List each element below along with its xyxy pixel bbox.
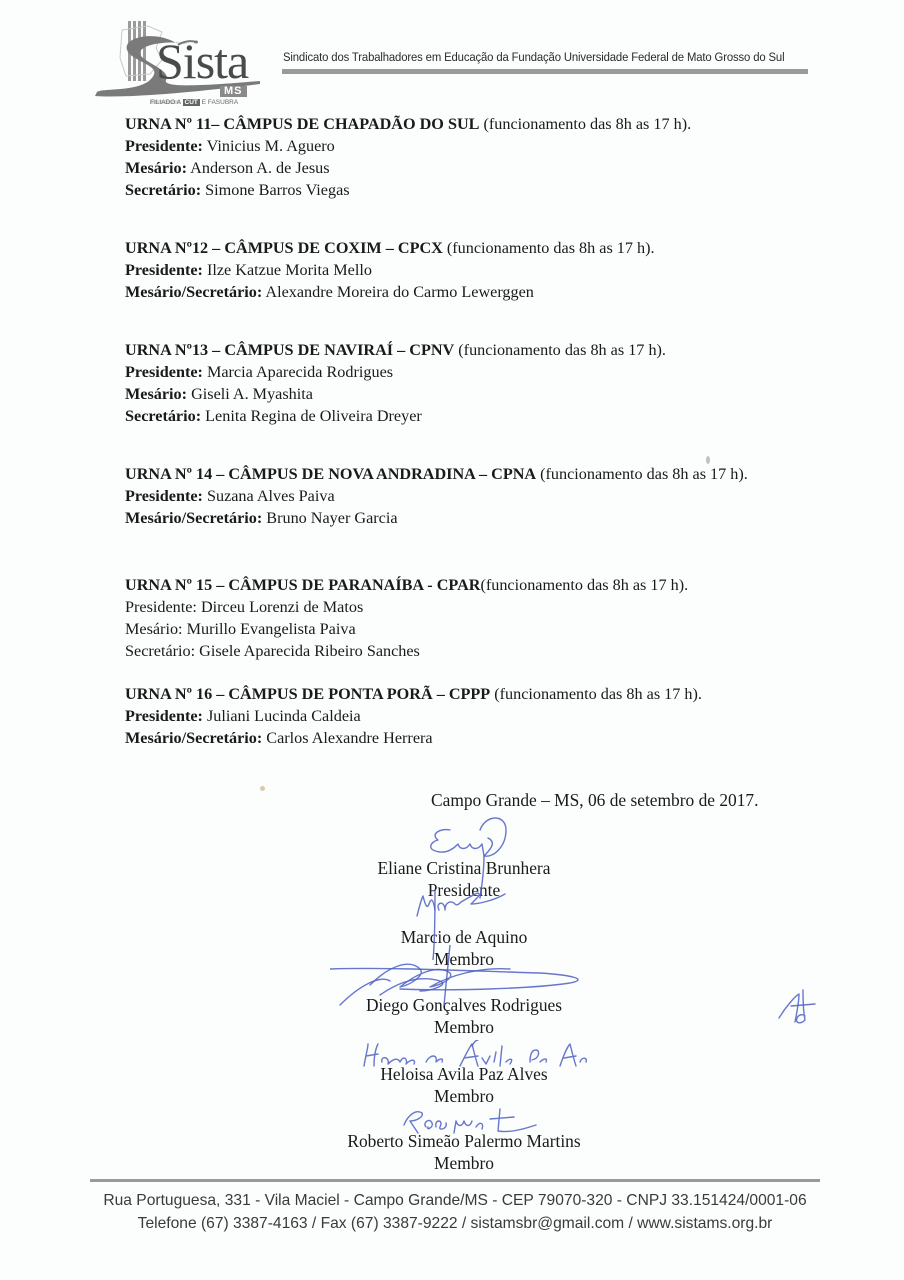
role-name: Giseli A. Myashita [187, 385, 313, 403]
role-name: Alexandre Moreira do Carmo Lewerggen [262, 283, 534, 301]
role-name: Gisele Aparecida Ribeiro Sanches [195, 642, 420, 660]
urna-section: URNA Nº12 – CÂMPUS DE COXIM – CPCX (func… [125, 237, 815, 303]
urna-title-bold: URNA Nº 16 – CÂMPUS DE PONTA PORÃ – CPPP [125, 685, 490, 703]
urna-section: URNA Nº 14 – CÂMPUS DE NOVA ANDRADINA – … [125, 463, 815, 529]
signatory-name: Marcio de Aquino [386, 926, 542, 948]
role-name: Marcia Aparecida Rodrigues [203, 363, 393, 381]
role-label: Presidente: [125, 598, 197, 616]
role-name: Vinicius M. Aguero [203, 137, 335, 155]
role-name: Carlos Alexandre Herrera [262, 729, 432, 747]
urna-hours: (funcionamento das 8h as 17 h). [536, 465, 748, 483]
urna-section: URNA Nº 16 – CÂMPUS DE PONTA PORÃ – CPPP… [125, 683, 815, 749]
signatory-president: Eliane Cristina Brunhera Presidente [366, 857, 562, 901]
urna-hours: (funcionamento das 8h as 17 h). [480, 576, 688, 594]
role-line: Presidente: Vinicius M. Aguero [125, 135, 815, 157]
sista-ms-logo: Sista MS FILIADO A CUT E FASUBRA [92, 18, 270, 110]
urna-title: URNA Nº 16 – CÂMPUS DE PONTA PORÃ – CPPP… [125, 683, 815, 705]
logo-subtitle: MS [220, 86, 247, 97]
role-name: Murillo Evangelista Paiva [183, 620, 356, 638]
role-label: Presidente: [125, 363, 203, 381]
role-line: Presidente: Juliani Lucinda Caldeia [125, 705, 815, 727]
signatory-member: Marcio de Aquino Membro [386, 926, 542, 970]
role-name: Simone Barros Viegas [201, 181, 349, 199]
role-label: Presidente: [125, 487, 203, 505]
role-line: Secretário: Simone Barros Viegas [125, 179, 815, 201]
logo-affiliation: FILIADO A CUT E FASUBRA [150, 99, 238, 106]
role-line: Secretário: Lenita Regina de Oliveira Dr… [125, 405, 815, 427]
urna-title: URNA Nº13 – CÂMPUS DE NAVIRAÍ – CPNV (fu… [125, 339, 815, 361]
role-label: Mesário/Secretário: [125, 509, 262, 527]
signatory-role: Presidente [366, 879, 562, 901]
urna-section: URNA Nº 11– CÂMPUS DE CHAPADÃO DO SUL (f… [125, 113, 815, 201]
urna-title: URNA Nº 14 – CÂMPUS DE NOVA ANDRADINA – … [125, 463, 815, 485]
urna-section: URNA Nº 15 – CÂMPUS DE PARANAÍBA - CPAR(… [125, 574, 815, 662]
role-line: Mesário/Secretário: Alexandre Moreira do… [125, 281, 815, 303]
signatory-role: Membro [386, 948, 542, 970]
signatory-role: Membro [330, 1152, 598, 1174]
role-line: Mesário/Secretário: Bruno Nayer Garcia [125, 507, 815, 529]
signatory-member: Diego Gonçalves Rodrigues Membro [352, 994, 576, 1038]
role-line: Presidente: Ilze Katzue Morita Mello [125, 259, 815, 281]
organization-name: Sindicato dos Trabalhadores em Educação … [283, 50, 784, 64]
logo-wordmark: Sista [156, 36, 248, 86]
place-and-date: Campo Grande – MS, 06 de setembro de 201… [431, 790, 758, 811]
role-label: Secretário: [125, 642, 195, 660]
affiliation-prefix: FILIADO A [150, 99, 181, 106]
role-line: Presidente: Marcia Aparecida Rodrigues [125, 361, 815, 383]
signatory-role: Membro [352, 1016, 576, 1038]
role-label: Mesário/Secretário: [125, 729, 262, 747]
role-name: Lenita Regina de Oliveira Dreyer [201, 407, 422, 425]
affiliation-cut: CUT [183, 99, 200, 106]
urna-title: URNA Nº 11– CÂMPUS DE CHAPADÃO DO SUL (f… [125, 113, 815, 135]
urna-hours: (funcionamento das 8h as 17 h). [443, 239, 655, 257]
signatory-member: Heloisa Avila Paz Alves Membro [364, 1063, 564, 1107]
role-label: Presidente: [125, 261, 203, 279]
role-line: Presidente: Dirceu Lorenzi de Matos [125, 596, 815, 618]
header-divider [282, 69, 808, 74]
role-label: Presidente: [125, 707, 203, 725]
role-label: Secretário: [125, 407, 201, 425]
role-name: Ilze Katzue Morita Mello [203, 261, 372, 279]
signatory-name: Heloisa Avila Paz Alves [364, 1063, 564, 1085]
role-line: Mesário: Anderson A. de Jesus [125, 157, 815, 179]
scan-speck [706, 456, 710, 464]
letterhead-footer: Rua Portuguesa, 331 - Vila Maciel - Camp… [90, 1189, 820, 1235]
role-name: Dirceu Lorenzi de Matos [197, 598, 363, 616]
scan-speck [260, 786, 265, 791]
role-label: Presidente: [125, 137, 203, 155]
role-name: Suzana Alves Paiva [203, 487, 335, 505]
signatory-name: Eliane Cristina Brunhera [366, 857, 562, 879]
urna-hours: (funcionamento das 8h as 17 h). [454, 341, 666, 359]
footer-address: Rua Portuguesa, 331 - Vila Maciel - Camp… [90, 1189, 820, 1212]
urna-title: URNA Nº12 – CÂMPUS DE COXIM – CPCX (func… [125, 237, 815, 259]
role-name: Juliani Lucinda Caldeia [203, 707, 361, 725]
urna-section: URNA Nº13 – CÂMPUS DE NAVIRAÍ – CPNV (fu… [125, 339, 815, 427]
role-label: Mesário/Secretário: [125, 283, 262, 301]
role-line: Presidente: Suzana Alves Paiva [125, 485, 815, 507]
urna-title-bold: URNA Nº 11– CÂMPUS DE CHAPADÃO DO SUL [125, 115, 479, 133]
urna-title: URNA Nº 15 – CÂMPUS DE PARANAÍBA - CPAR(… [125, 574, 815, 596]
affiliation-suffix: E FASUBRA [202, 99, 238, 106]
footer-divider [90, 1179, 820, 1182]
initials-signature-icon [775, 988, 820, 1028]
signatory-role: Membro [364, 1085, 564, 1107]
urna-hours: (funcionamento das 8h as 17 h). [479, 115, 691, 133]
role-line: Secretário: Gisele Aparecida Ribeiro San… [125, 640, 815, 662]
urna-hours: (funcionamento das 8h as 17 h). [490, 685, 702, 703]
role-label: Secretário: [125, 181, 201, 199]
signatory-member: Roberto Simeão Palermo Martins Membro [330, 1130, 598, 1174]
footer-contact: Telefone (67) 3387-4163 / Fax (67) 3387-… [90, 1212, 820, 1235]
role-label: Mesário: [125, 159, 187, 177]
role-line: Mesário/Secretário: Carlos Alexandre Her… [125, 727, 815, 749]
role-line: Mesário: Murillo Evangelista Paiva [125, 618, 815, 640]
urna-title-bold: URNA Nº13 – CÂMPUS DE NAVIRAÍ – CPNV [125, 341, 454, 359]
role-name: Bruno Nayer Garcia [262, 509, 397, 527]
role-name: Anderson A. de Jesus [187, 159, 330, 177]
signatory-name: Diego Gonçalves Rodrigues [352, 994, 576, 1016]
urna-title-bold: URNA Nº 15 – CÂMPUS DE PARANAÍBA - CPAR [125, 576, 480, 594]
signatory-name: Roberto Simeão Palermo Martins [330, 1130, 598, 1152]
urna-title-bold: URNA Nº12 – CÂMPUS DE COXIM – CPCX [125, 239, 443, 257]
letterhead: Sista MS FILIADO A CUT E FASUBRA Sindica… [0, 0, 904, 112]
role-line: Mesário: Giseli A. Myashita [125, 383, 815, 405]
role-label: Mesário: [125, 620, 183, 638]
urna-title-bold: URNA Nº 14 – CÂMPUS DE NOVA ANDRADINA – … [125, 465, 536, 483]
role-label: Mesário: [125, 385, 187, 403]
